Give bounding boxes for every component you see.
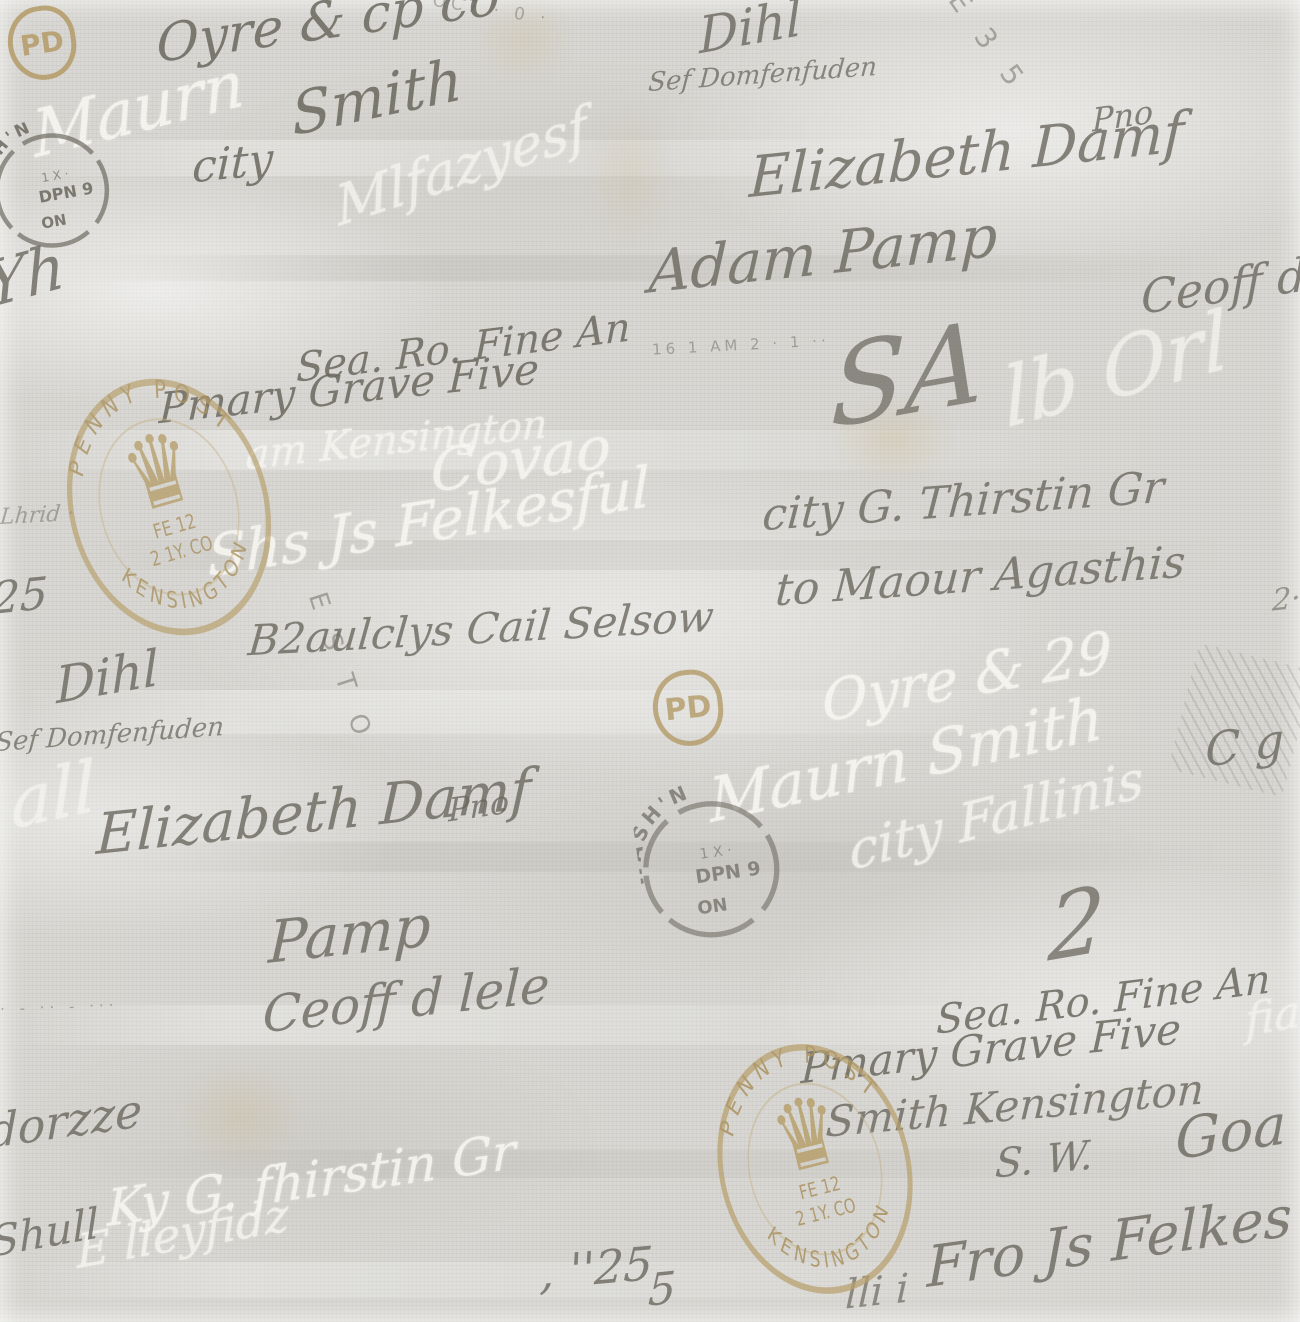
wallpaper-pattern: Maurn Mlfazyesf am Kensington Covao Shs … — [0, 0, 1300, 1322]
script-text: 2 — [1047, 874, 1107, 976]
pd-postal-stamp: PD — [649, 667, 727, 750]
script-text: Ceoff d be — [1141, 241, 1300, 321]
script-text-white: all — [10, 750, 97, 839]
script-text: 2· — [1272, 583, 1300, 616]
script-text: Sef Domfenfuden — [647, 54, 877, 96]
pd-stamp-label: PD — [18, 24, 66, 63]
script-text: Elizabeth Damf — [748, 105, 1185, 207]
faded-mark-row: 16 1 AM 2 · 1 ·· — [652, 333, 830, 357]
script-text: Pamp — [267, 896, 431, 972]
script-text-white: lb Orl — [1000, 300, 1231, 441]
script-text: C g — [1205, 716, 1283, 773]
script-text: Sef Domfenfuden — [0, 714, 225, 756]
script-text: Dihl — [698, 0, 802, 61]
script-text: Elizabeth Damf — [95, 762, 532, 864]
script-text: city G. Thirstin Gr — [761, 466, 1166, 538]
script-text: 25 — [0, 572, 49, 622]
faded-mark-row: · ‐ ·· ‐ ··· — [0, 998, 119, 1017]
script-text: , ''25 — [539, 1240, 654, 1296]
script-text: SA — [829, 305, 985, 444]
postmark-text-line: ON — [40, 211, 68, 233]
script-text: Smith — [290, 50, 464, 145]
script-text: S. W. — [994, 1136, 1094, 1185]
stamp-letter-fragment: S E 3 5 — [918, 0, 1033, 98]
script-text: city — [191, 138, 273, 191]
pd-stamp-label: PD — [663, 688, 713, 728]
script-text: to Maour Agasthis — [774, 541, 1187, 614]
script-text: Fro Js Felkes — [927, 1189, 1292, 1297]
pd-postal-stamp: PD — [3, 2, 81, 85]
script-text: Goa — [1176, 1097, 1287, 1169]
postmark-text-line: ON — [696, 894, 729, 919]
script-text: dorzze — [0, 1087, 142, 1155]
washn-postmark: WASH'N 1 X · DPN 9 ON — [628, 770, 802, 969]
script-text: Adam Pamp — [648, 206, 998, 301]
postmark-arc-text: WASH'N — [628, 779, 704, 891]
postmark-text-line: 1 X · — [699, 842, 733, 862]
